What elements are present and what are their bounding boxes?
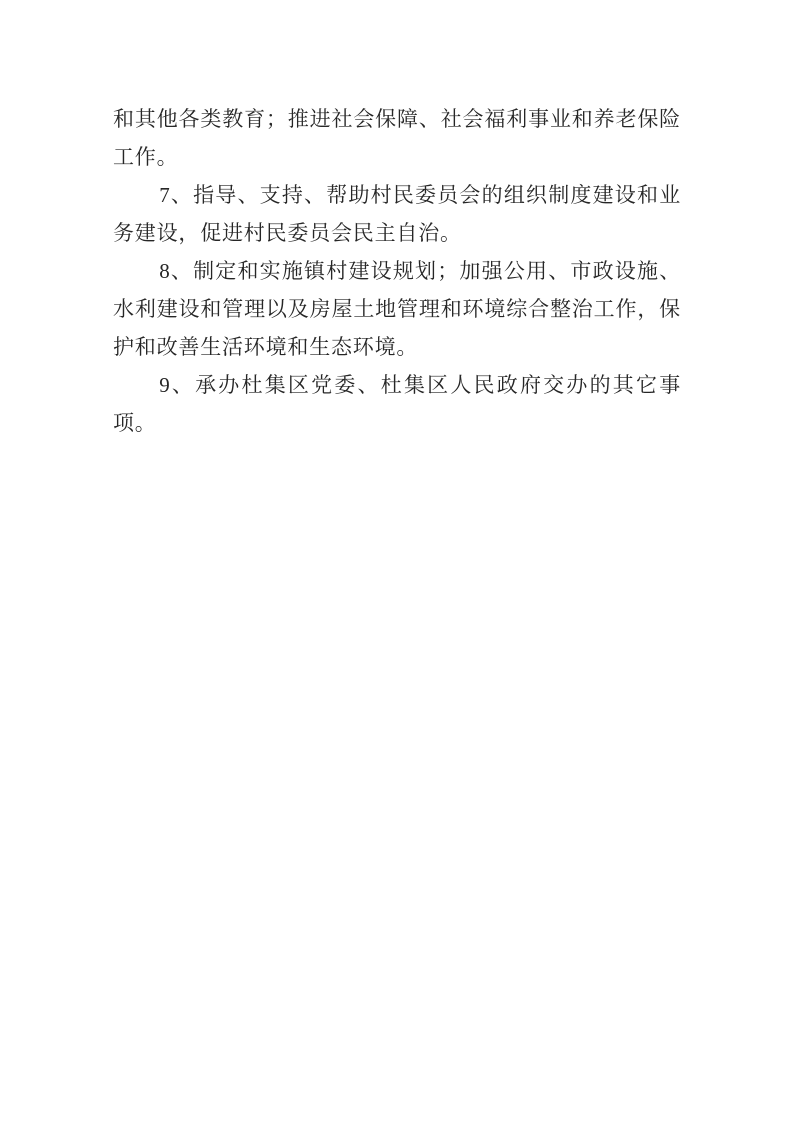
paragraph-item-7: 7、指导、支持、帮助村民委员会的组织制度建设和业务建设，促进村民委员会民主自治。 [113, 176, 681, 252]
document-text-block: 和其他各类教育；推进社会保障、社会福利事业和养老保险工作。 7、指导、支持、帮助… [113, 100, 681, 442]
paragraph-item-9: 9、承办杜集区党委、杜集区人民政府交办的其它事项。 [113, 366, 681, 442]
paragraph-continuation: 和其他各类教育；推进社会保障、社会福利事业和养老保险工作。 [113, 100, 681, 176]
paragraph-item-8: 8、制定和实施镇村建设规划；加强公用、市政设施、水利建设和管理以及房屋土地管理和… [113, 252, 681, 366]
document-page: 和其他各类教育；推进社会保障、社会福利事业和养老保险工作。 7、指导、支持、帮助… [0, 0, 793, 1122]
